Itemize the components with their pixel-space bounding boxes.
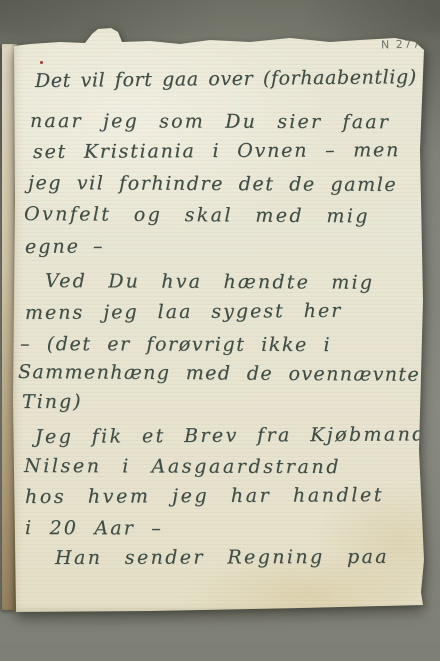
handwriting-line: naar jeg som Du sier faar: [30, 112, 390, 132]
photo-backdrop: N 277 Det vil fort gaa over (forhaabentl…: [0, 0, 440, 661]
handwriting-line: egne –: [25, 237, 105, 257]
handwriting-line: Sammenhæng med de ovennævnte: [18, 363, 420, 385]
handwriting-line: i 20 Aar –: [25, 519, 163, 538]
handwriting-line: – (det er forøvrigt ikke i: [20, 335, 331, 355]
ink-fleck: [40, 61, 43, 64]
handwriting-line: Ved Du hva hændte mig: [45, 272, 374, 293]
handwriting-line: mens jeg laa sygest her: [25, 302, 342, 323]
archive-number-annotation: N 277: [381, 37, 422, 51]
handwriting-line: hos hvem jeg har handlet: [25, 486, 384, 507]
handwriting-line: Ovnfelt og skal med mig: [24, 205, 370, 226]
handwriting-line: Han sender Regning paa: [55, 548, 389, 568]
handwriting-line: Nilsen i Aasgaardstrand: [24, 457, 341, 477]
handwriting-line: Det vil fort gaa over (forhaabentlig): [35, 68, 417, 91]
handwriting-line: jeg vil forhindre det de gamle: [28, 174, 397, 195]
handwriting-line: set Kristiania i Ovnen – men: [33, 141, 400, 162]
handwriting-line: Jeg fik et Brev fra Kjøbmand: [35, 425, 427, 447]
handwriting-line: Ting): [22, 393, 83, 412]
paper-surface: N 277 Det vil fort gaa over (forhaabentl…: [8, 28, 424, 612]
